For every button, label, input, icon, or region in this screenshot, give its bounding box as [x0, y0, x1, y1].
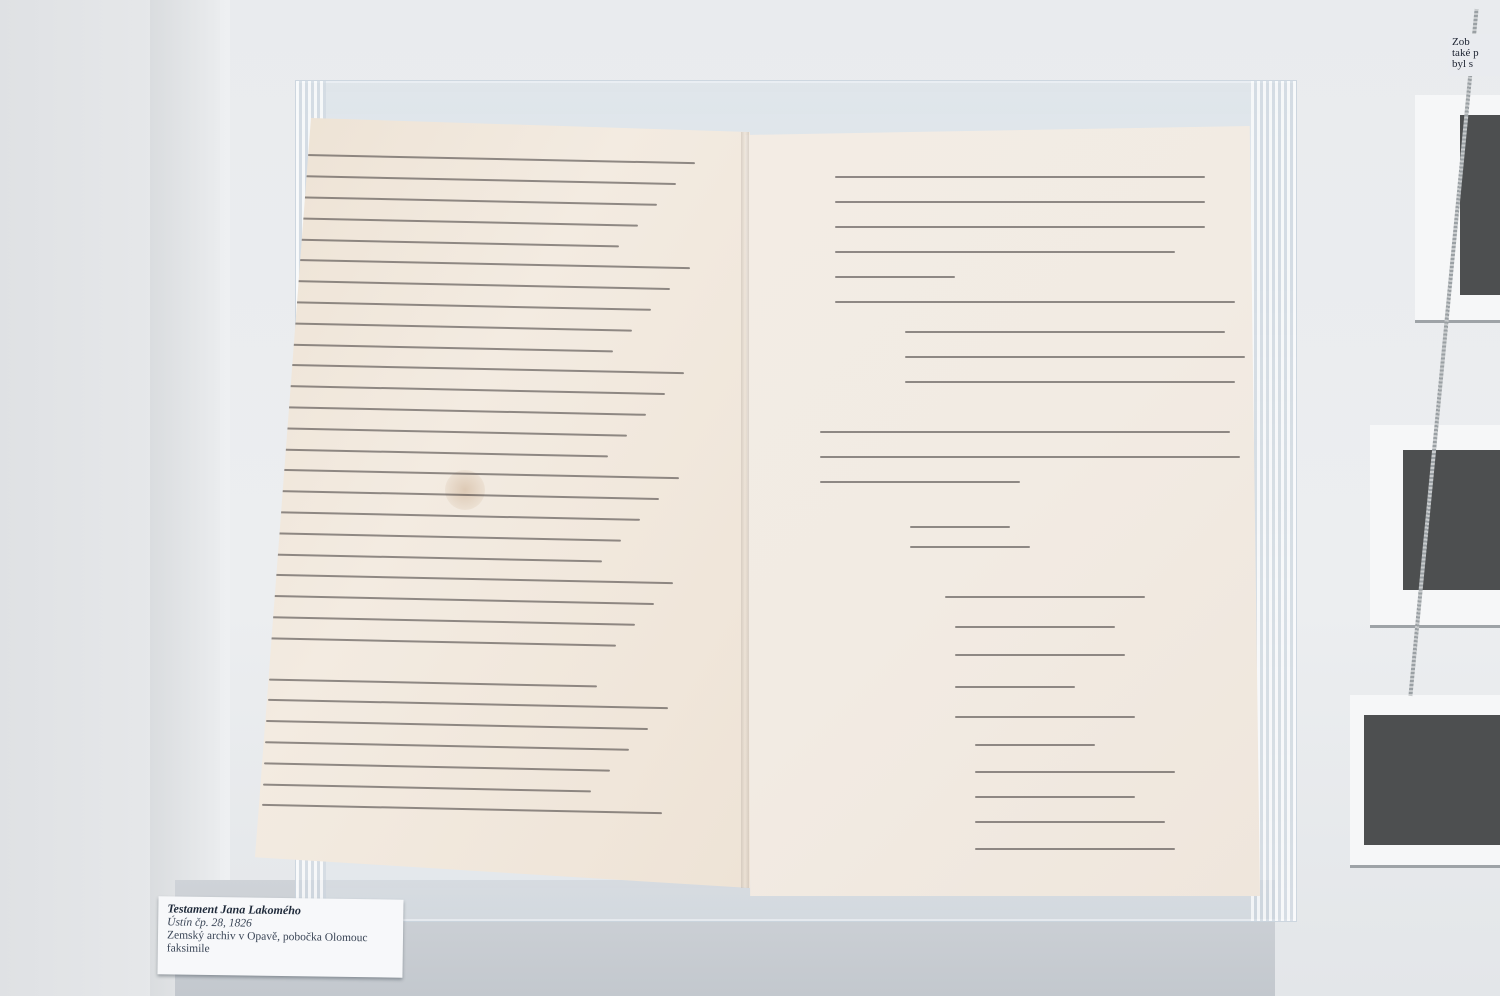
info-sign: Zob také p byl s [1448, 34, 1500, 76]
wall-corner [150, 0, 220, 996]
open-manuscript [255, 118, 1265, 898]
right-page [745, 126, 1260, 896]
book-gutter [741, 132, 749, 888]
display-frame-3 [1350, 695, 1500, 868]
exhibit-label: Testament Jana Lakomého Ústín čp. 28, 18… [157, 896, 403, 977]
adjacent-display [1300, 0, 1500, 996]
paper-stain [445, 470, 485, 510]
sign-line: byl s [1452, 59, 1500, 70]
dark-panel [1364, 715, 1500, 845]
dark-panel [1403, 450, 1500, 590]
dark-panel [1460, 115, 1500, 295]
left-page [255, 118, 750, 888]
